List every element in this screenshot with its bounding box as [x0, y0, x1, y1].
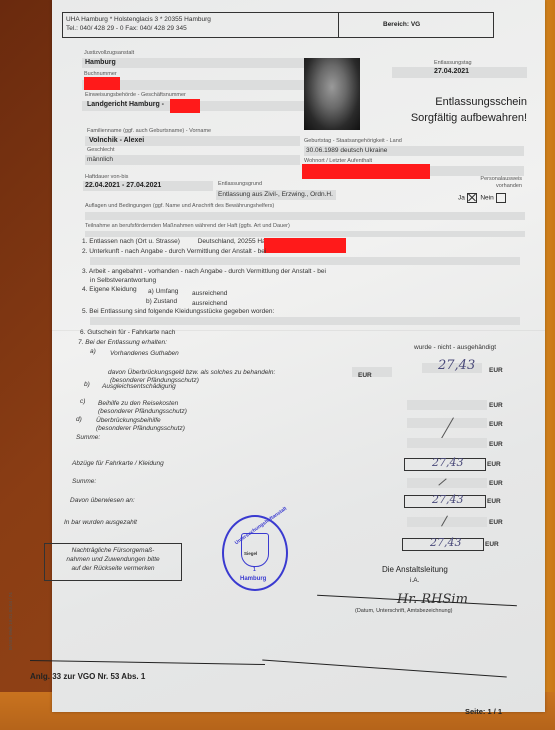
payment-c-label: Beihilfe zu den Reisekosten	[98, 400, 178, 407]
official-stamp: Untersuchungshaftanstalt Siegel 1 Hambur…	[222, 515, 288, 591]
currency-deduction: EUR	[489, 480, 503, 487]
payment-a-sub1: davon Überbrückungsgeld bzw. als solches…	[108, 369, 275, 376]
currency-a: EUR	[489, 367, 503, 374]
currency-transferred: EUR	[489, 519, 503, 526]
notice-box: Nachträgliche Fürsorgemaß- nahmen und Zu…	[44, 543, 182, 581]
measures-label: Teilnahme an berufsfördernden Maßnahmen …	[85, 223, 290, 229]
document-title: Entlassungsschein	[435, 96, 527, 108]
release-date-value: 27.04.2021	[434, 68, 469, 75]
id-card-options: Ja Nein	[458, 193, 506, 203]
institution-value: Hamburg	[85, 59, 116, 66]
currency-summe-dash: EUR	[489, 441, 503, 448]
notice-line-2: nahmen und Zuwendungen bitte	[45, 555, 181, 564]
payment-a-value: 27,43	[438, 358, 475, 373]
item-6: 6. Gutschein für - Fahrkarte nach	[80, 329, 175, 336]
reason-label: Entlassungsgrund	[218, 181, 262, 187]
id-card-label-1: Personalausweis	[472, 176, 522, 182]
detention-label: Haftdauer von-bis	[85, 174, 128, 180]
footer-line-right	[262, 659, 506, 677]
cash-value: 27,43	[430, 536, 462, 549]
currency-cash: EUR	[485, 541, 499, 548]
item-5: 5. Bei Entlassung sind folgende Kleidung…	[82, 308, 274, 315]
item-3: 3. Arbeit - angebahnt - vorhanden - nach…	[82, 268, 326, 275]
stamp-center-text: Siegel	[244, 551, 257, 556]
summe-label: Summe:	[76, 434, 100, 441]
address-line: UHA Hamburg * Holstenglacis 3 * 20355 Ha…	[66, 16, 211, 23]
payment-c-sub: (besonderer Pfändungsschutz)	[98, 408, 187, 415]
item-2-field	[90, 257, 520, 265]
footer-line-left	[30, 660, 265, 665]
gender-value: männlich	[87, 156, 113, 163]
deductions-label: Abzüge für Fahrkarte / Kleidung	[72, 460, 164, 467]
item-5-field	[90, 317, 520, 325]
conditions-label: Auflagen und Bedingungen (ggf. Name und …	[85, 203, 274, 209]
payment-b-label: Ausgleichsentschädigung	[102, 383, 176, 390]
conditions-field	[85, 212, 525, 220]
ja-checkbox[interactable]	[467, 193, 477, 203]
document-subtitle: Sorgfältig aufbewahren!	[411, 112, 527, 124]
birth-label: Geburtstag - Staatsangehörigkeit - Land	[304, 138, 402, 144]
item-4b-value: ausreichend	[192, 300, 227, 307]
header-divider	[338, 13, 339, 37]
item-7: 7. Bei der Entlassung erhalten:	[78, 339, 167, 346]
side-form-code: BASIS-Web 19.01.03.04 / 74	[8, 592, 13, 650]
gender-field	[85, 155, 300, 165]
signature-title: Die Anstaltsleitung	[382, 565, 448, 574]
payment-d-letter: d)	[76, 416, 82, 423]
institution-label: Justizvollzugsanstalt	[84, 50, 134, 56]
transferred-field	[407, 517, 487, 527]
authority-label: Einweisungsbehörde - Geschäftsnummer	[85, 92, 186, 98]
payment-d-label: Überbrückungsbeihilfe	[96, 417, 161, 424]
nein-label: Nein	[480, 195, 493, 202]
release-date-label: Entlassungstag	[434, 60, 472, 66]
phone-line: Tel.: 040/ 428 29 - 0 Fax: 040/ 428 29 3…	[66, 25, 187, 32]
authority-value: Landgericht Hamburg -	[87, 101, 164, 108]
currency-a-sub: EUR	[358, 372, 372, 379]
redaction-buchnummer	[84, 77, 120, 90]
redaction-residence	[302, 164, 430, 179]
detention-value: 22.04.2021 - 27.04.2021	[85, 182, 161, 189]
stamp-coat-of-arms	[241, 533, 269, 567]
gender-label: Geschlecht	[87, 147, 115, 153]
bereich: Bereich: VG	[383, 21, 420, 28]
summe-dash-field	[407, 438, 487, 448]
payment-d-sub: (besonderer Pfändungsschutz)	[96, 425, 185, 432]
summe2-label: Summe:	[72, 478, 96, 485]
deduction-field	[407, 478, 487, 488]
notice-line-1: Nachträgliche Fürsorgemaß-	[45, 546, 181, 555]
name-label: Familienname (ggf. auch Geburtsname) - V…	[87, 128, 211, 134]
name-value: Volnchik - Alexei	[89, 137, 144, 144]
item-4a-value: ausreichend	[192, 290, 227, 297]
stamp-bottom-text: Hamburg	[240, 576, 266, 582]
signature-caption: (Datum, Unterschrift, Amtsbezeichnung)	[355, 608, 453, 614]
payment-b-letter: b)	[84, 381, 90, 388]
currency-d: EUR	[489, 421, 503, 428]
stamp-number: 1	[253, 567, 256, 573]
reason-value: Entlassung aus Zivil-, Erzwing., Ordn.H.	[218, 191, 333, 198]
currency-summe: EUR	[487, 461, 501, 468]
summe-value: 27,43	[432, 456, 464, 469]
item-4b-label: b) Zustand	[146, 298, 177, 305]
birth-value: 30.06.1989 deutsch Ukraine	[306, 147, 387, 154]
nein-checkbox[interactable]	[496, 193, 506, 203]
institution-field	[82, 58, 307, 68]
item-4a-label: a) Umfang	[148, 288, 178, 295]
c-field	[407, 400, 487, 410]
item-4: 4. Eigene Kleidung	[82, 286, 137, 293]
cash-label: In bar wurden ausgezahlt	[64, 519, 137, 526]
discharge-certificate: UHA Hamburg * Holstenglacis 3 * 20355 Ha…	[52, 0, 545, 712]
form-reference: Anlg. 33 zur VGO Nr. 53 Abs. 1	[30, 672, 145, 681]
ja-label: Ja	[458, 195, 465, 202]
payment-a-label: Vorhandenes Guthaben	[110, 350, 179, 357]
signature-ia: i.A.	[410, 577, 419, 584]
id-card-label-2: vorhanden	[472, 183, 522, 189]
transferred-label: Davon überwiesen an:	[70, 497, 135, 504]
handed-out-label: wurde - nicht - ausgehändigt	[414, 344, 496, 351]
item-1: 1. Entlassen nach (Ort u. Strasse) Deuts…	[82, 238, 266, 245]
currency-c: EUR	[489, 402, 503, 409]
page-number: Seite: 1 / 1	[465, 707, 502, 716]
item-2: 2. Unterkunft - nach Angabe - durch Verm…	[82, 248, 266, 255]
payment-c-letter: c)	[80, 398, 85, 405]
header-box: UHA Hamburg * Holstenglacis 3 * 20355 Ha…	[62, 12, 494, 38]
currency-summe2: EUR	[487, 498, 501, 505]
notice-line-3: auf der Rückseite vermerken	[45, 564, 181, 573]
measures-field	[85, 231, 525, 237]
redaction-address	[264, 238, 346, 253]
redaction-authority	[170, 99, 200, 113]
payment-a-letter: a)	[90, 348, 96, 355]
portrait-photo	[304, 58, 360, 130]
item-3-line2: in Selbstverantwortung	[90, 277, 156, 284]
summe2-value: 27,43	[432, 493, 464, 506]
